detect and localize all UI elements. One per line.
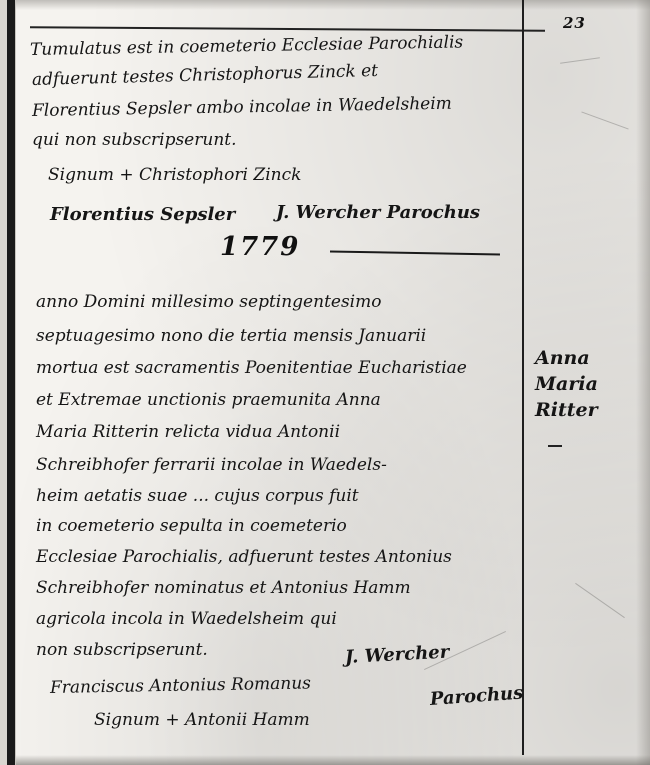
entry-line: Schreibhofer ferrarii incolae in Waedels… [36, 455, 387, 475]
book-binding-edge [0, 0, 16, 765]
entry-line: agricola incola in Waedelsheim qui [36, 609, 337, 629]
paper-mark [575, 583, 625, 618]
year-heading: 1779 [220, 232, 300, 262]
margin-name-line: Anna [535, 345, 598, 371]
entry-line: Ecclesiae Parochialis, adfuerunt testes … [36, 547, 452, 567]
entry-line: in coemeterio sepulta in coemeterio [36, 516, 347, 536]
witness-signature: Signum + Christophori Zinck [48, 165, 301, 185]
margin-dash [548, 445, 562, 447]
margin-deceased-name: Anna Maria Ritter [535, 345, 598, 423]
witness-signature: Franciscus Antonius Romanus [50, 673, 311, 698]
signature-flourish [330, 251, 500, 256]
entry-line: septuagesimo nono die tertia mensis Janu… [36, 326, 426, 346]
entry-line: heim aetatis suae ... cujus corpus fuit [36, 486, 359, 506]
margin-name-line: Maria [535, 371, 598, 397]
entry-line: anno Domini millesimo septingentesimo [36, 292, 381, 312]
page-number: 23 [563, 14, 586, 32]
page-right-shadow [636, 0, 650, 765]
margin-rule [522, 0, 524, 755]
entry-line: mortua est sacramentis Poenitentiae Euch… [36, 358, 467, 378]
entry-line: et Extremae unctionis praemunita Anna [36, 390, 381, 410]
priest-title: Parochus [429, 684, 524, 710]
paper-mark [560, 57, 600, 64]
header-rule [30, 26, 545, 32]
witness-signature: Signum + Antonii Hamm [94, 710, 310, 730]
entry-line: Maria Ritterin relicta vidua Antonii [36, 422, 340, 442]
entry-line: non subscripserunt. [36, 640, 208, 660]
priest-signature: J. Wercher Parochus [276, 203, 480, 223]
paper-mark [581, 111, 628, 129]
entry-line: qui non subscripserunt. [32, 130, 237, 150]
entry-line: Schreibhofer nominatus et Antonius Hamm [36, 578, 411, 598]
entry-line: Florentius Sepsler ambo incolae in Waede… [32, 94, 452, 121]
register-page: 23 Tumulatus est in coemeterio Ecclesiae… [0, 0, 650, 765]
margin-name-line: Ritter [535, 397, 598, 423]
page-bottom-shadow [0, 755, 650, 765]
entry-line: Tumulatus est in coemeterio Ecclesiae Pa… [30, 32, 464, 60]
page-top-shadow [0, 0, 650, 10]
witness-signature: Florentius Sepsler [50, 205, 235, 225]
entry-line: adfuerunt testes Christophorus Zinck et [32, 61, 379, 90]
